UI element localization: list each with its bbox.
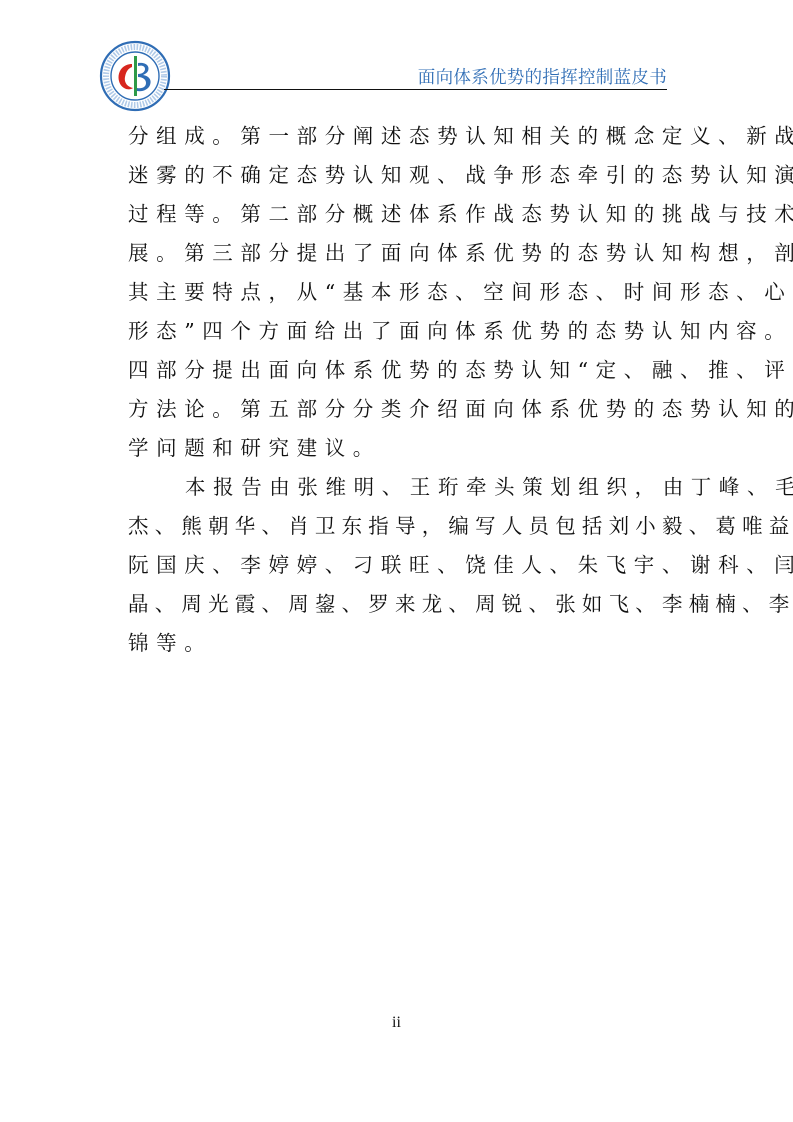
institution-seal-logo-icon [99,40,171,112]
text-line: 展。第三部分提出了面向体系优势的态势认知构想，剖析 [128,234,668,273]
page-number: ii [0,1014,793,1032]
text-line: 锦等。 [128,624,668,663]
text-line: 晶、周光霞、周鋆、罗来龙、周锐、张如飞、李楠楠、李东 [128,585,668,624]
paragraph-2: 本报告由张维明、王珩牵头策划组织，由丁峰、毛少 杰、熊朝华、肖卫东指导，编写人员… [128,468,668,663]
text-line: 迷雾的不确定态势认知观、战争形态牵引的态势认知演变 [128,156,668,195]
header-divider [164,89,667,90]
text-line: 杰、熊朝华、肖卫东指导，编写人员包括刘小毅、葛唯益、 [128,507,668,546]
document-page: 面向体系优势的指挥控制蓝皮书 分组成。第一部分阐述态势认知相关的概念定义、新战争… [0,0,793,1122]
text-line: 过程等。第二部分概述体系作战态势认知的挑战与技术发 [128,195,668,234]
text-line: 形态”四个方面给出了面向体系优势的态势认知内容。第 [128,312,668,351]
text-line: 其主要特点，从“基本形态、空间形态、时间形态、心智 [128,273,668,312]
text-line: 方法论。第五部分分类介绍面向体系优势的态势认知的科 [128,390,668,429]
text-line: 阮国庆、李婷婷、刁联旺、饶佳人、朱飞宇、谢科、闫晶 [128,546,668,585]
text-line: 本报告由张维明、王珩牵头策划组织，由丁峰、毛少 [128,468,668,507]
body-text: 分组成。第一部分阐述态势认知相关的概念定义、新战争 迷雾的不确定态势认知观、战争… [128,117,668,663]
text-line: 四部分提出面向体系优势的态势认知“定、融、推、评” [128,351,668,390]
text-line: 分组成。第一部分阐述态势认知相关的概念定义、新战争 [128,117,668,156]
paragraph-1: 分组成。第一部分阐述态势认知相关的概念定义、新战争 迷雾的不确定态势认知观、战争… [128,117,668,468]
text-line: 学问题和研究建议。 [128,429,668,468]
running-header-title: 面向体系优势的指挥控制蓝皮书 [418,64,667,89]
